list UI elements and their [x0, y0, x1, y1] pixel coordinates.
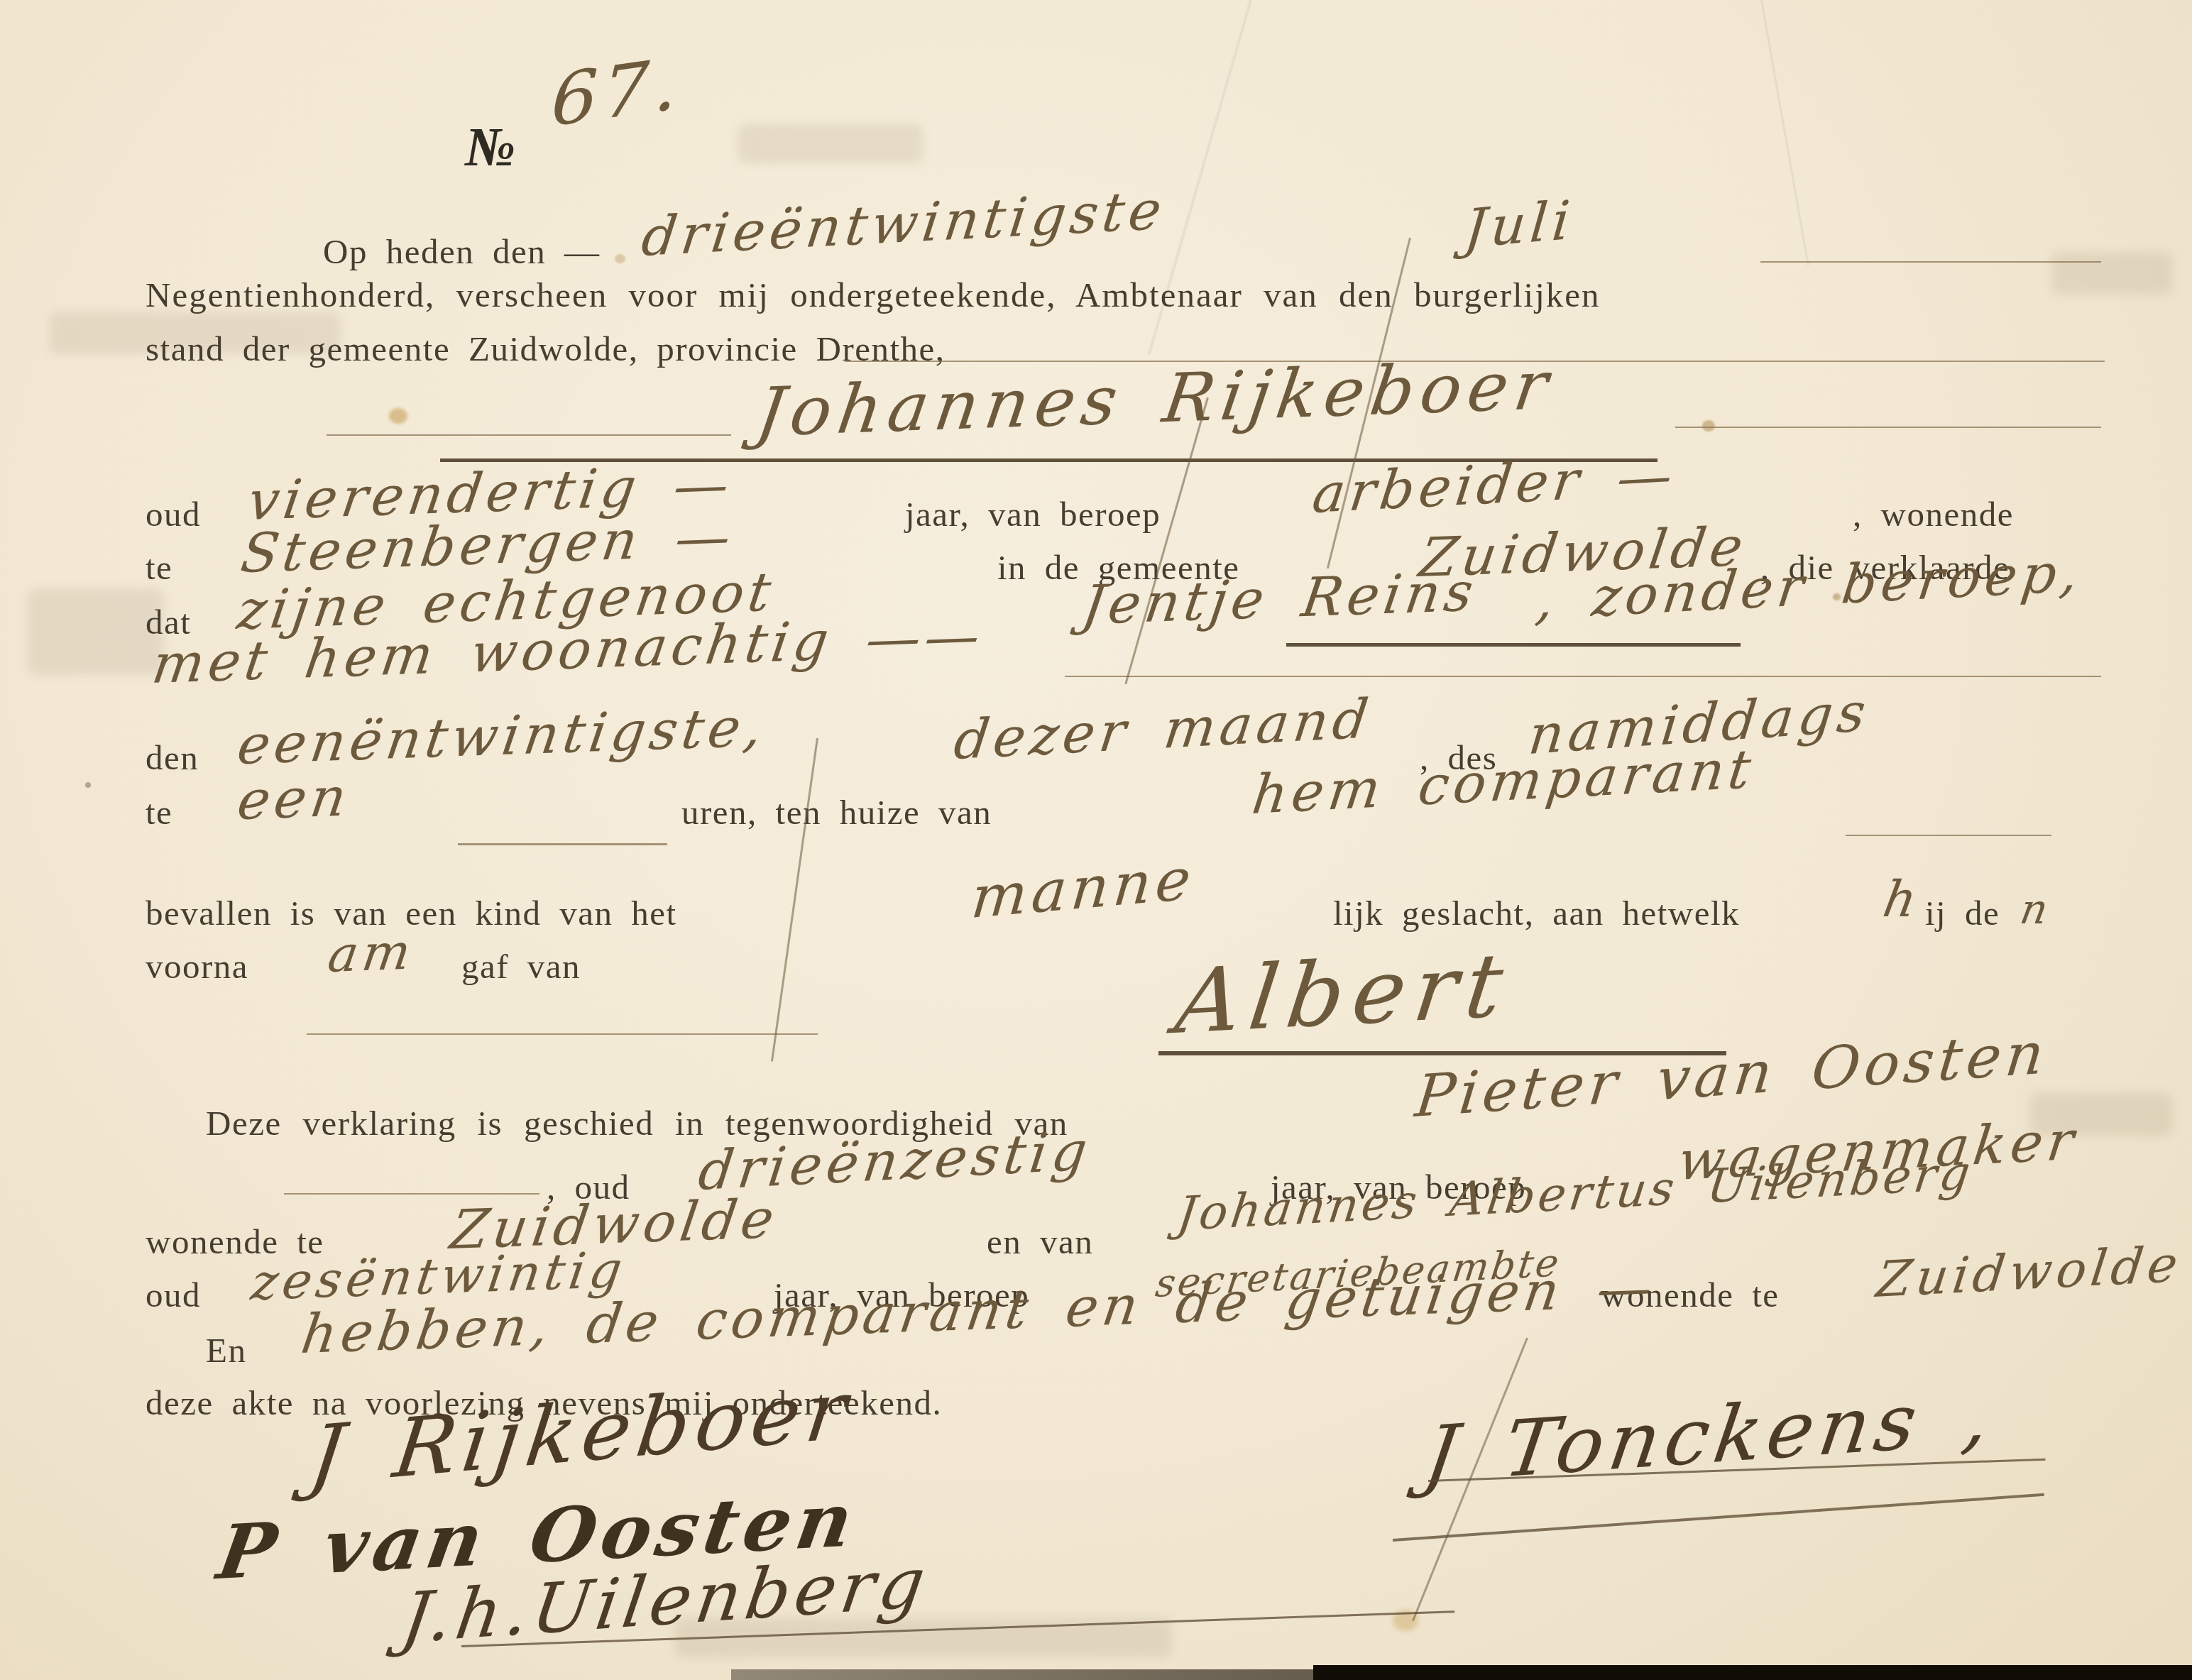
scan-edge-shadow [1313, 1665, 2192, 1680]
mother-name-underline [1286, 643, 1741, 647]
printed-w2-oud: oud [146, 1278, 201, 1312]
ink-flourish [1124, 397, 1209, 685]
form-rule [458, 843, 667, 845]
printed-en: En [206, 1333, 246, 1368]
printed-te-2: te [146, 795, 172, 830]
bleedthrough-smudge [2051, 252, 2172, 295]
act-number-label: № [465, 115, 517, 179]
printed-voorna: voorna [146, 949, 248, 984]
printed-jaar-beroep: jaar, van beroep [905, 497, 1161, 532]
printed-oud: oud [146, 497, 201, 532]
form-rule [1846, 835, 2051, 836]
stain [615, 254, 625, 263]
printed-wonende: , wonende [1853, 497, 2014, 532]
printed-ij-de: ij de [1925, 896, 2000, 930]
printed-gaf-van: gaf van [461, 949, 581, 984]
ink-flourish [771, 738, 818, 1062]
form-rule [327, 434, 731, 436]
handwritten-h: h [1880, 874, 1924, 924]
printed-te: te [146, 550, 172, 585]
handwritten-witness2-name: Johannes Albertus Uilenberg [1175, 1150, 1975, 1238]
printed-lijk-geslacht: lijk geslacht, aan hetwelk [1333, 896, 1740, 930]
handwritten-occupation: arbeider — [1310, 449, 1679, 521]
printed-negentienhonderd: Negentienhonderd, verscheen voor mij ond… [146, 278, 1601, 312]
handwritten-huize: hem comparant [1249, 742, 1758, 822]
handwritten-mother-name: Jentje Reins [1079, 565, 1481, 632]
printed-uren: uren, ten huize van [681, 795, 992, 830]
printed-den: den [146, 740, 199, 775]
form-rule [1065, 676, 2101, 677]
paper-crease [1760, 0, 1809, 265]
handwritten-birth-day: eenëntwintigste, [234, 700, 770, 772]
form-rule [307, 1033, 818, 1035]
handwritten-dezer-maand: dezer maand [951, 692, 1375, 767]
bleedthrough-smudge [28, 589, 163, 674]
stain [1702, 420, 1715, 432]
birth-certificate-scan: № 67. Op heden den — drieëntwintigste Ju… [0, 0, 2192, 1680]
form-rule [1675, 427, 2101, 428]
printed-en-van: en van [987, 1224, 1093, 1259]
handwritten-am: am [325, 927, 418, 979]
stain [389, 408, 407, 424]
printed-stand-gemeente: stand der gemeente Zuidwolde, provincie … [146, 331, 946, 366]
stain [85, 782, 91, 788]
printed-op-heden: Op heden den — [323, 234, 600, 269]
form-rule [284, 1193, 539, 1195]
form-rule [1760, 261, 2101, 263]
handwritten-hour: een [234, 770, 354, 828]
bleedthrough-smudge [738, 124, 923, 163]
handwritten-n: n [2017, 889, 2056, 930]
handwritten-geslacht: manne [969, 850, 1198, 928]
signature-flourish-rule [1393, 1493, 2044, 1542]
handwritten-day: drieëntwintigste [639, 183, 1168, 264]
handwritten-child-name: Albert [1171, 941, 1516, 1047]
handwritten-witness1-name: Pieter van Oosten [1413, 1025, 2051, 1126]
handwritten-month: Juli [1462, 193, 1577, 256]
handwritten-witness2-place: Zuidwolde [1874, 1239, 2185, 1305]
act-number-value: 67. [550, 48, 683, 138]
